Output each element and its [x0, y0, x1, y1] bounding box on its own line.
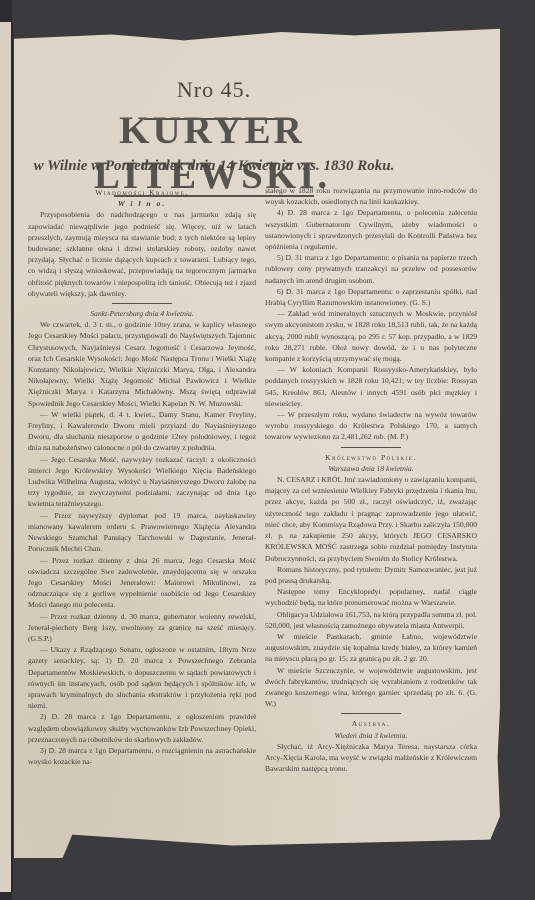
- article-paragraph: — W wielki piątek, d. 4 t. kwiet., Damy …: [28, 409, 256, 454]
- dateline-warsaw: Warszawa dnia 18 kwietnia.: [265, 463, 477, 474]
- separator-rule: [112, 303, 172, 304]
- dateline-vienna: Wiedeń dnia 3 kwietnia.: [265, 730, 477, 741]
- article-paragraph: We czwartek, d. 3 t. m., o godzinie 10te…: [28, 319, 256, 409]
- article-paragraph: — W koloniach Kompanii Rossyysko-Ameryka…: [265, 364, 477, 409]
- left-column: Wiadomości Krajowe. W i l n o. Przysposo…: [28, 187, 256, 767]
- article-paragraph: 6) D. 31 marca z 1go Departamentu: o zap…: [265, 286, 477, 308]
- article-paragraph: — Przez rozkaz dzienny d. 30 marca, gube…: [28, 611, 256, 645]
- right-column: stałego w 1828 roku rozwiązania na przym…: [265, 185, 477, 774]
- article-paragraph: — W przeszłym roku, wydano świadectw na …: [265, 409, 477, 443]
- article-paragraph: 4) D. 28 marca z 1go Departamentu, o pol…: [265, 207, 477, 252]
- article-paragraph: W mieście Pastkarach, gminie Łabno, woje…: [265, 631, 477, 665]
- article-paragraph: — Przez rozkaz dzienny z dnia 26 marca, …: [28, 555, 256, 611]
- article-paragraph: — Przez naywyższy dyplomat pod 19 marca,…: [28, 510, 256, 555]
- article-paragraph: 5) D. 31 marca z 1go Departamentu: o pis…: [265, 252, 477, 286]
- article-paragraph: stałego w 1828 roku rozwiązania na przym…: [265, 185, 477, 207]
- article-paragraph: Przysposobienia do nadchodzącego u nas j…: [28, 209, 256, 299]
- issue-number: Nro 45.: [14, 77, 414, 103]
- section-heading-domestic-news: Wiadomości Krajowe.: [28, 187, 256, 198]
- section-heading-kingdom-of-poland: Królewstwo Polskie.: [265, 452, 477, 463]
- article-paragraph: Obligacya Udziałowa 161,753, na którą pr…: [265, 609, 477, 631]
- article-paragraph: Romans historyczny, pod tytułem: Dymitr …: [265, 564, 477, 586]
- article-paragraph: W mieście Szczuczynie, w województwie au…: [265, 665, 477, 710]
- article-paragraph: — Ukazy z Rządzącego Senatu, ogłoszone w…: [28, 644, 256, 711]
- article-paragraph: 3) D. 28 marca z 1go Departamentu, o roz…: [28, 745, 256, 767]
- article-paragraph: 2) D. 28 marca z 1go Departamentu, z ogł…: [28, 711, 256, 745]
- article-paragraph: — Zakład wód mineralnych sztucznych w Mo…: [265, 308, 477, 364]
- adjacent-page-edge: [0, 22, 13, 892]
- separator-rule: [341, 713, 401, 714]
- article-paragraph: Następne tomy Encyklopedyi popularney, n…: [265, 586, 477, 608]
- masthead-dateline: w Wilnie w Poniedziałek dnia 14 Kwietnia…: [24, 158, 404, 175]
- city-heading-wilno: W i l n o.: [28, 198, 256, 209]
- article-paragraph: Słychać, iż Arcy-Xiężniczka Marya Teresa…: [265, 741, 477, 775]
- section-heading-austria: Austrya.: [265, 718, 477, 729]
- article-paragraph: — Jego Cesarska Mość, naywyżey rozkazać …: [28, 454, 256, 510]
- article-paragraph: N. CESARZ i KRÓL Jmć zawiadomiony o zawi…: [265, 474, 477, 564]
- dateline-petersburg: Sankt-Petersburg dnia 4 kwietnia.: [28, 308, 256, 319]
- separator-rule: [341, 447, 401, 448]
